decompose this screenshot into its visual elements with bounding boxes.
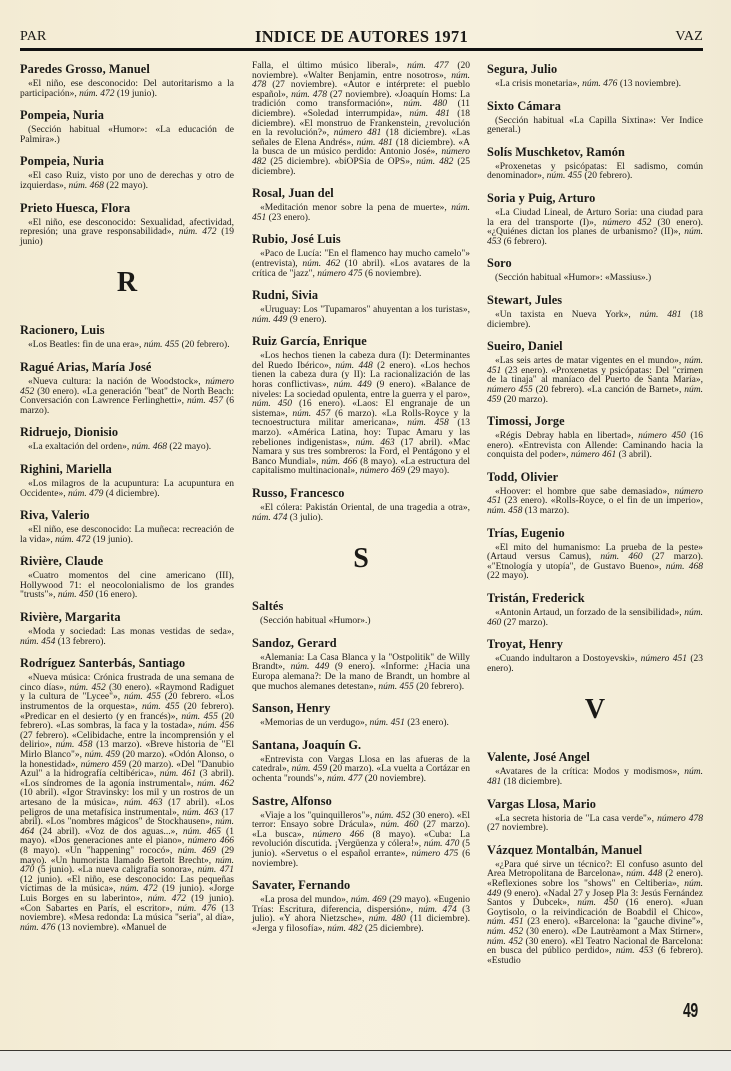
author-name: Todd, Olivier bbox=[487, 470, 703, 485]
author-entry: Riva, Valerio«El niño, ese desconocido: … bbox=[20, 508, 234, 545]
entry-body: «Alemania: La Casa Blanca y la "Ostpolit… bbox=[252, 654, 470, 692]
issue-reference: núm. 474 bbox=[252, 513, 287, 523]
author-entry: Rivière, Margarita«Moda y sociedad: Las … bbox=[20, 610, 234, 647]
entry-body: «Las seis artes de matar vigentes en el … bbox=[487, 357, 703, 405]
entry-text: (23 enero). bbox=[266, 213, 310, 223]
issue-reference: núm. 455 bbox=[142, 702, 179, 712]
issue-reference: núm. 453 bbox=[616, 946, 653, 956]
issue-reference: núm. 460 bbox=[600, 552, 642, 562]
entry-text: (13 noviembre). bbox=[617, 79, 681, 89]
entry-text: (19 junio). bbox=[114, 89, 156, 99]
author-name: Rodríguez Santerbás, Santiago bbox=[20, 656, 234, 671]
entry-body: «Nueva música: Crónica frustrada de una … bbox=[20, 674, 234, 933]
author-entry: Segura, Julio«La crisis monetaria», núm.… bbox=[487, 62, 703, 90]
entry-body: «Viaje a los "quinquilleros"», núm. 452 … bbox=[252, 812, 470, 870]
entry-text: (20 noviembre). bbox=[362, 774, 426, 784]
issue-reference: núm. 471 bbox=[198, 865, 235, 875]
entry-text: «El cólera: Pakistán Oriental, de una tr… bbox=[260, 503, 470, 513]
entry-body: (Sección habitual «Humor»: «Massius».) bbox=[487, 274, 703, 284]
entry-body: «Memorias de un verdugo», núm. 451 (23 e… bbox=[252, 719, 470, 729]
author-name: Rivière, Margarita bbox=[20, 610, 234, 625]
entry-text: «Las seis artes de matar vigentes en el … bbox=[495, 356, 684, 366]
issue-reference: núm. 451 bbox=[487, 917, 524, 927]
author-name: Sueiro, Daniel bbox=[487, 339, 703, 354]
entry-body: «Los Beatles: fin de una era», núm. 455 … bbox=[20, 341, 234, 351]
author-name: Soro bbox=[487, 256, 703, 271]
entry-text: (23 enero). «Proxenetas y psicópatas: De… bbox=[487, 366, 703, 386]
entry-body: «Avatares de la crítica: Modos y modismo… bbox=[487, 768, 703, 787]
entry-text: «Meditación menor sobre la pena de muert… bbox=[260, 203, 451, 213]
entry-text: (20 febrero). «La canción de Barnet», bbox=[533, 385, 684, 395]
entry-body: «La crisis monetaria», núm. 476 (13 novi… bbox=[487, 80, 703, 90]
issue-reference: núm. 468 bbox=[69, 181, 104, 191]
issue-reference: núm. 459 bbox=[292, 764, 327, 774]
issue-reference: núm. 455 bbox=[144, 340, 179, 350]
entry-text: «La prosa del mundo», bbox=[260, 895, 351, 905]
entry-body: «Los hechos tienen la cabeza dura (I): D… bbox=[252, 352, 470, 477]
author-entry: Pompeia, Nuria(Sección habitual «Humor»:… bbox=[20, 108, 234, 145]
author-name: Segura, Julio bbox=[487, 62, 703, 77]
entry-body: (Sección habitual «Humor».) bbox=[252, 617, 470, 627]
entry-body: «La secreta historia de "La casa verde"»… bbox=[487, 815, 703, 834]
entry-body: Falla, el último músico liberal», núm. 4… bbox=[252, 62, 470, 177]
issue-reference: núm. 482 bbox=[327, 924, 362, 934]
issue-reference: núm. 452 bbox=[487, 927, 523, 937]
author-entry: Timossi, Jorge«Régis Debray habla en lib… bbox=[487, 414, 703, 461]
issue-reference: número 469 bbox=[360, 466, 405, 476]
author-entry: Soro(Sección habitual «Humor»: «Massius»… bbox=[487, 256, 703, 284]
entry-text: (5 junio). «La nueva caligrafía sonora», bbox=[34, 865, 197, 875]
author-name: Savater, Fernando bbox=[252, 878, 470, 893]
issue-reference: núm. 459 bbox=[84, 750, 119, 760]
issue-reference: núm. 472 bbox=[120, 884, 158, 894]
entry-text: (20 febrero). bbox=[179, 340, 229, 350]
entry-body: (Sección habitual «Humor»: «La educación… bbox=[20, 126, 234, 145]
author-name: Racionero, Luis bbox=[20, 323, 234, 338]
entry-text: (23 enero). «Rolls-Royce, o el fin de un… bbox=[501, 496, 703, 506]
issue-reference: núm. 456 bbox=[198, 721, 234, 731]
entry-text: (13 marzo). bbox=[522, 506, 569, 516]
issue-reference: núm. 458 bbox=[56, 740, 93, 750]
issue-reference: núm. 476 bbox=[20, 923, 55, 933]
author-name: Troyat, Henry bbox=[487, 637, 703, 652]
entry-text: (Sección habitual «Humor».) bbox=[260, 616, 371, 626]
entry-text: (6 febrero). bbox=[501, 237, 547, 247]
author-entry: Vargas Llosa, Mario«La secreta historia … bbox=[487, 797, 703, 834]
section-letter: R bbox=[20, 267, 234, 299]
author-name: Valente, José Angel bbox=[487, 750, 703, 765]
author-name: Sixto Cámara bbox=[487, 99, 703, 114]
issue-reference: núm. 479 bbox=[68, 489, 103, 499]
entry-text: (30 enero). «De Lautrèamont a Max Stirne… bbox=[523, 927, 703, 937]
issue-reference: núm. 458 bbox=[407, 418, 449, 428]
entry-text: «La exaltación del orden», bbox=[28, 442, 132, 452]
author-name: Pompeia, Nuria bbox=[20, 154, 234, 169]
entry-text: (22 mayo). bbox=[167, 442, 211, 452]
issue-reference: núm. 472 bbox=[148, 894, 186, 904]
author-entry: Prieto Huesca, Flora«El niño, ese descon… bbox=[20, 201, 234, 248]
author-name: Rudni, Sivia bbox=[252, 288, 470, 303]
author-entry: Russo, Francesco«El cólera: Pakistán Ori… bbox=[252, 486, 470, 523]
author-entry: Rosal, Juan del«Meditación menor sobre l… bbox=[252, 186, 470, 223]
issue-reference: número 475 bbox=[317, 269, 362, 279]
author-name: Ruiz García, Enrique bbox=[252, 334, 470, 349]
issue-reference: núm. 481 bbox=[409, 109, 449, 119]
entry-text: Falla, el último músico liberal», bbox=[252, 61, 407, 71]
entry-body: «Un taxista en Nueva York», núm. 481 (18… bbox=[487, 311, 703, 330]
issue-reference: núm. 450 bbox=[577, 898, 618, 908]
author-entry: Tristán, Frederick«Antonin Artaud, un fo… bbox=[487, 591, 703, 628]
entry-text: (18 diciembre). bbox=[501, 777, 562, 787]
issue-reference: núm. 482 bbox=[416, 157, 453, 167]
author-name: Vargas Llosa, Mario bbox=[487, 797, 703, 812]
issue-reference: núm. 463 bbox=[124, 798, 163, 808]
author-entry: Valente, José Angel«Avatares de la críti… bbox=[487, 750, 703, 787]
issue-reference: núm. 480 bbox=[403, 99, 447, 109]
author-name: Prieto Huesca, Flora bbox=[20, 201, 234, 216]
author-name: Sanson, Henry bbox=[252, 701, 470, 716]
entry-body: «Meditación menor sobre la pena de muert… bbox=[252, 204, 470, 223]
issue-reference: número 451 bbox=[641, 654, 687, 664]
issue-reference: número 466 bbox=[188, 836, 234, 846]
issue-reference: núm. 450 bbox=[58, 590, 93, 600]
issue-reference: número 461 bbox=[571, 450, 616, 460]
issue-reference: núm. 477 bbox=[327, 774, 362, 784]
author-name: Pompeia, Nuria bbox=[20, 108, 234, 123]
author-entry: Paredes Grosso, Manuel«El niño, ese desc… bbox=[20, 62, 234, 99]
entry-text: (25 diciembre). «biOPSia de OPS», bbox=[266, 157, 416, 167]
entry-body: «El mito del humanismo: La prueba de la … bbox=[487, 544, 703, 582]
entry-text: (23 enero). «Barcelona: la "gauche divin… bbox=[524, 917, 703, 927]
page-number: 49 bbox=[683, 1000, 698, 1023]
issue-reference: núm. 455 bbox=[378, 682, 413, 692]
entry-body: «¿Para qué sirve un técnico?: El confuso… bbox=[487, 861, 703, 967]
issue-reference: núm. 476 bbox=[582, 79, 617, 89]
entry-body: «La Ciudad Lineal, de Arturo Soria: una … bbox=[487, 209, 703, 247]
author-entry: Sanson, Henry«Memorias de un verdugo», n… bbox=[252, 701, 470, 729]
author-entry: Ridruejo, Dionisio«La exaltación del ord… bbox=[20, 425, 234, 453]
issue-reference: núm. 470 bbox=[424, 839, 460, 849]
author-name: Santana, Joaquín G. bbox=[252, 738, 470, 753]
column-right: Segura, Julio«La crisis monetaria», núm.… bbox=[487, 62, 703, 975]
issue-reference: núm. 469 bbox=[351, 895, 387, 905]
entry-body: «Cuando indultaron a Dostoyevski», númer… bbox=[487, 655, 703, 674]
entry-continuation: Falla, el último músico liberal», núm. 4… bbox=[252, 62, 470, 177]
author-entry: Soria y Puig, Arturo«La Ciudad Lineal, d… bbox=[487, 191, 703, 247]
entry-text: (3 julio). bbox=[287, 513, 323, 523]
author-entry: Trías, Eugenio«El mito del humanismo: La… bbox=[487, 526, 703, 582]
entry-text: «Moda y sociedad: Las monas vestidas de … bbox=[28, 627, 234, 637]
scan-bottom-margin bbox=[0, 1050, 731, 1071]
entry-body: «Hoover: el hombre que sabe demasiado», … bbox=[487, 488, 703, 517]
entry-body: «Nueva cultura: la nación de Woodstock»,… bbox=[20, 378, 234, 416]
author-name: Stewart, Jules bbox=[487, 293, 703, 308]
author-entry: Saltés(Sección habitual «Humor».) bbox=[252, 599, 470, 627]
entry-text: «Uruguay: Los "Tupamaros" ahuyentan a lo… bbox=[260, 305, 470, 315]
author-name: Tristán, Frederick bbox=[487, 591, 703, 606]
author-name: Sastre, Alfonso bbox=[252, 794, 470, 809]
entry-text: «Cuando indultaron a Dostoyevski», bbox=[495, 654, 641, 664]
author-entry: Solís Muschketov, Ramón«Proxenetas y psi… bbox=[487, 145, 703, 182]
issue-reference: núm. 455 bbox=[547, 171, 582, 181]
entry-text: «Un taxista en Nueva York», bbox=[495, 310, 640, 320]
issue-reference: núm. 449 bbox=[334, 380, 372, 390]
issue-reference: núm. 460 bbox=[381, 820, 419, 830]
issue-reference: número 481 bbox=[334, 128, 382, 138]
author-entry: Rodríguez Santerbás, Santiago«Nueva músi… bbox=[20, 656, 234, 933]
issue-reference: núm. 481 bbox=[640, 310, 682, 320]
index-page: PAR INDICE DE AUTORES 1971 VAZ Paredes G… bbox=[0, 0, 731, 1050]
entry-text: «Memorias de un verdugo», bbox=[260, 718, 370, 728]
author-entry: Santana, Joaquín G.«Entrevista con Varga… bbox=[252, 738, 470, 785]
entry-body: «Paco de Lucía: "En el flamenco hay much… bbox=[252, 250, 470, 279]
page-header: PAR INDICE DE AUTORES 1971 VAZ bbox=[20, 24, 703, 51]
entry-text: «Antonin Artaud, un forzado de la sensib… bbox=[495, 608, 684, 618]
entry-text: (4 diciembre). bbox=[103, 489, 159, 499]
author-name: Rubio, José Luis bbox=[252, 232, 470, 247]
author-name: Righini, Mariella bbox=[20, 462, 234, 477]
issue-reference: núm. 451 bbox=[370, 718, 405, 728]
issue-reference: núm. 449 bbox=[291, 662, 330, 672]
entry-text: (Sección habitual «Humor»: «La educación… bbox=[20, 125, 234, 145]
entry-text: (22 mayo). bbox=[487, 571, 529, 581]
entry-body: «Régis Debray habla en libertad», número… bbox=[487, 432, 703, 461]
entry-text: (20 febrero). bbox=[414, 682, 464, 692]
author-entry: Rudni, Sivia«Uruguay: Los "Tupamaros" ah… bbox=[252, 288, 470, 325]
issue-reference: núm. 463 bbox=[356, 438, 395, 448]
issue-reference: núm. 468 bbox=[132, 442, 167, 452]
entry-text: «Los Beatles: fin de una era», bbox=[28, 340, 144, 350]
author-entry: Rivière, Claude«Cuatro momentos del cine… bbox=[20, 554, 234, 601]
issue-reference: núm. 455 bbox=[124, 692, 161, 702]
entry-body: «El niño, ese desconocido: Sexualidad, a… bbox=[20, 219, 234, 248]
author-entry: Ragué Arias, María José«Nueva cultura: l… bbox=[20, 360, 234, 416]
section-letter: S bbox=[252, 543, 470, 575]
author-entry: Troyat, Henry«Cuando indultaron a Dostoy… bbox=[487, 637, 703, 674]
issue-reference: núm. 469 bbox=[178, 846, 216, 856]
entry-body: «El cólera: Pakistán Oriental, de una tr… bbox=[252, 504, 470, 523]
author-entry: Ruiz García, Enrique«Los hechos tienen l… bbox=[252, 334, 470, 477]
issue-reference: núm. 476 bbox=[178, 904, 216, 914]
issue-reference: núm. 448 bbox=[626, 869, 662, 879]
issue-reference: núm. 472 bbox=[79, 89, 114, 99]
entry-text: (Sección habitual «Humor»: «Massius».) bbox=[495, 273, 651, 283]
issue-reference: núm. 454 bbox=[20, 637, 55, 647]
author-entry: Sixto Cámara(Sección habitual «La Capill… bbox=[487, 99, 703, 136]
author-name: Soria y Puig, Arturo bbox=[487, 191, 703, 206]
issue-reference: núm. 457 bbox=[187, 396, 223, 406]
entry-body: «El niño, ese desconocido: La muñeca: re… bbox=[20, 526, 234, 545]
entry-text: (22 mayo). bbox=[104, 181, 148, 191]
right-guide-word: VAZ bbox=[675, 29, 703, 45]
column-middle: Falla, el último músico liberal», núm. 4… bbox=[252, 62, 470, 943]
entry-body: «Los milagros de la acupuntura: La acupu… bbox=[20, 480, 234, 499]
entry-text: (27 marzo). bbox=[501, 618, 548, 628]
author-name: Solís Muschketov, Ramón bbox=[487, 145, 703, 160]
issue-reference: núm. 458 bbox=[487, 506, 522, 516]
issue-reference: núm. 468 bbox=[666, 562, 703, 572]
entry-text: (25 diciembre). bbox=[363, 924, 424, 934]
author-name: Ridruejo, Dionisio bbox=[20, 425, 234, 440]
issue-reference: número 475 bbox=[412, 849, 459, 859]
entry-text: «Avatares de la crítica: Modos y modismo… bbox=[495, 767, 684, 777]
section-letter: V bbox=[487, 694, 703, 726]
entry-body: «El niño, ese desconocido: Del autoritar… bbox=[20, 80, 234, 99]
entry-text: (8 mayo). «Un "happening" rococó», bbox=[20, 846, 178, 856]
entry-body: «El caso Ruiz, visto por uno de derechas… bbox=[20, 172, 234, 191]
entry-text: (13 noviembre). «Manuel de bbox=[55, 923, 166, 933]
issue-reference: núm. 472 bbox=[179, 227, 217, 237]
issue-reference: número 450 bbox=[638, 431, 686, 441]
entry-text: (29 mayo). bbox=[405, 466, 449, 476]
author-name: Rosal, Juan del bbox=[252, 186, 470, 201]
issue-reference: núm. 480 bbox=[369, 914, 406, 924]
issue-reference: núm. 450 bbox=[252, 399, 292, 409]
column-left: Paredes Grosso, Manuel«El niño, ese desc… bbox=[20, 62, 234, 942]
entry-text: (13 febrero). bbox=[55, 637, 105, 647]
author-entry: Pompeia, Nuria«El caso Ruiz, visto por u… bbox=[20, 154, 234, 191]
entry-text: «La crisis monetaria», bbox=[495, 79, 582, 89]
issue-reference: núm. 481 bbox=[357, 138, 393, 148]
entry-text: (Sección habitual «La Capilla Sixtina»: … bbox=[487, 116, 703, 136]
entry-text: (6 noviembre). bbox=[363, 269, 422, 279]
author-entry: Savater, Fernando«La prosa del mundo», n… bbox=[252, 878, 470, 934]
entry-text: (27 noviembre). bbox=[487, 823, 548, 833]
issue-reference: número 455 bbox=[487, 385, 533, 395]
author-name: Paredes Grosso, Manuel bbox=[20, 62, 234, 77]
issue-reference: núm. 472 bbox=[55, 535, 90, 545]
page-title: INDICE DE AUTORES 1971 bbox=[20, 27, 703, 47]
author-entry: Todd, Olivier«Hoover: el hombre que sabe… bbox=[487, 470, 703, 517]
entry-text: (16 enero). bbox=[93, 590, 137, 600]
author-entry: Vázquez Montalbán, Manuel«¿Para qué sirv… bbox=[487, 843, 703, 967]
entry-body: «Entrevista con Vargas Llosa en las afue… bbox=[252, 756, 470, 785]
entry-text: (9 enero). bbox=[287, 315, 326, 325]
author-name: Saltés bbox=[252, 599, 470, 614]
issue-reference: núm. 449 bbox=[252, 315, 287, 325]
author-name: Rivière, Claude bbox=[20, 554, 234, 569]
author-name: Timossi, Jorge bbox=[487, 414, 703, 429]
issue-reference: núm. 461 bbox=[160, 769, 196, 779]
entry-text: (23 enero). bbox=[405, 718, 449, 728]
author-entry: Righini, Mariella«Los milagros de la acu… bbox=[20, 462, 234, 499]
author-entry: Sastre, Alfonso«Viaje a los "quinquiller… bbox=[252, 794, 470, 870]
issue-reference: núm. 462 bbox=[302, 259, 340, 269]
entry-text: «Régis Debray habla en libertad», bbox=[495, 431, 638, 441]
author-name: Ragué Arias, María José bbox=[20, 360, 234, 375]
author-entry: Sueiro, Daniel«Las seis artes de matar v… bbox=[487, 339, 703, 405]
entry-body: «Moda y sociedad: Las monas vestidas de … bbox=[20, 628, 234, 647]
entry-text: «Nueva cultura: la nación de Woodstock», bbox=[28, 377, 205, 387]
entry-body: «Cuatro momentos del cine americano (III… bbox=[20, 572, 234, 601]
entry-text: (19 junio). bbox=[90, 535, 132, 545]
entry-body: «Antonin Artaud, un forzado de la sensib… bbox=[487, 609, 703, 628]
author-name: Trías, Eugenio bbox=[487, 526, 703, 541]
entry-body: «Proxenetas y psicópatas: El sadismo, co… bbox=[487, 163, 703, 182]
author-name: Vázquez Montalbán, Manuel bbox=[487, 843, 703, 858]
entry-body: (Sección habitual «La Capilla Sixtina»: … bbox=[487, 117, 703, 136]
entry-body: «La exaltación del orden», núm. 468 (22 … bbox=[20, 443, 234, 453]
issue-reference: núm. 477 bbox=[407, 61, 449, 71]
entry-body: «Uruguay: Los "Tupamaros" ahuyentan a lo… bbox=[252, 306, 470, 325]
entry-text: (3 abril). bbox=[616, 450, 652, 460]
author-entry: Stewart, Jules«Un taxista en Nueva York»… bbox=[487, 293, 703, 330]
issue-reference: número 478 bbox=[657, 814, 703, 824]
author-name: Russo, Francesco bbox=[252, 486, 470, 501]
author-entry: Racionero, Luis«Los Beatles: fin de una … bbox=[20, 323, 234, 351]
author-entry: Sandoz, Gerard«Alemania: La Casa Blanca … bbox=[252, 636, 470, 692]
author-entry: Rubio, José Luis«Paco de Lucía: "En el f… bbox=[252, 232, 470, 279]
entry-body: «La prosa del mundo», núm. 469 (29 mayo)… bbox=[252, 896, 470, 934]
entry-text: (20 febrero). bbox=[582, 171, 632, 181]
entry-text: (20 marzo). bbox=[501, 395, 548, 405]
author-name: Sandoz, Gerard bbox=[252, 636, 470, 651]
author-name: Riva, Valerio bbox=[20, 508, 234, 523]
